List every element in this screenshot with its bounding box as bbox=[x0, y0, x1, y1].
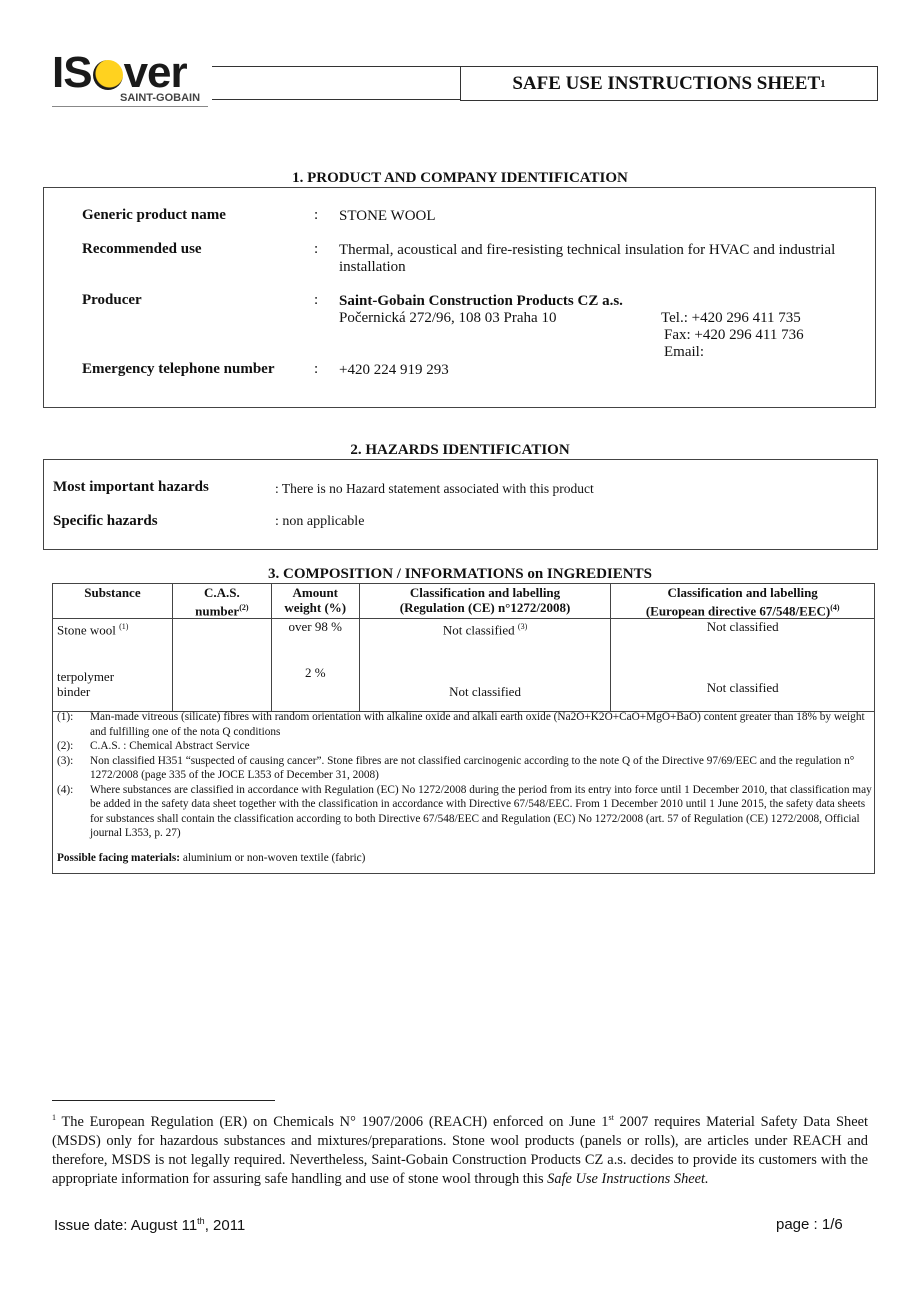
recommended-use-label: Recommended use bbox=[82, 241, 202, 258]
producer-tel: Tel.: +420 296 411 735 bbox=[661, 310, 801, 327]
specific-hazards-label: Specific hazards bbox=[53, 513, 158, 530]
recommended-use-line-1: Thermal, acoustical and fire-resisting t… bbox=[339, 242, 835, 259]
table-header-row: Substance C.A.S.number(2) Amountweight (… bbox=[53, 584, 875, 619]
note-tag: (1): bbox=[57, 710, 73, 725]
col-dsd-line-2: (European directive 67/548/EEC) bbox=[646, 603, 830, 618]
note-text: C.A.S. : Chemical Abstract Service bbox=[90, 740, 250, 752]
issue-date: Issue date: August 11th, 2011 bbox=[54, 1216, 245, 1234]
footnote-text-1: The European Regulation (ER) on Chemical… bbox=[56, 1114, 608, 1130]
specific-hazards-value: : non applicable bbox=[275, 514, 364, 530]
note-4: (4):Where substances are classified in a… bbox=[57, 783, 874, 841]
substance-cell: Stone wool (1) terpolymer binder bbox=[53, 619, 173, 712]
clp-stone-wool: Not classified bbox=[443, 623, 515, 638]
amount-stone-wool: over 98 % bbox=[276, 619, 355, 634]
section-2-title: 2. HAZARDS IDENTIFICATION bbox=[0, 442, 920, 459]
note-tag: (4): bbox=[57, 783, 73, 798]
composition-notes: (1):Man-made vitreous (silicate) fibres … bbox=[52, 708, 875, 874]
col-dsd: Classification and labelling(European di… bbox=[611, 584, 875, 619]
recommended-use-value: Thermal, acoustical and fire-resisting t… bbox=[339, 242, 835, 276]
recommended-use-line-2: installation bbox=[339, 259, 835, 276]
section-1-box: Generic product name : STONE WOOL Recomm… bbox=[43, 187, 876, 408]
logo-text-prefix: IS bbox=[52, 48, 92, 97]
most-important-hazards-value: : There is no Hazard statement associate… bbox=[275, 481, 594, 497]
amount-binder: 2 % bbox=[276, 665, 355, 680]
dsd-cell: Not classified Not classified bbox=[611, 619, 875, 712]
generic-product-name-value: STONE WOOL bbox=[339, 208, 436, 225]
substance-stone-wool: Stone wool bbox=[57, 623, 116, 638]
title-footnote-ref[interactable]: 1 bbox=[820, 78, 826, 90]
col-cas: C.A.S.number(2) bbox=[172, 584, 271, 619]
note-1: (1):Man-made vitreous (silicate) fibres … bbox=[57, 710, 874, 739]
substance-terpolymer: terpolymer bbox=[57, 669, 168, 684]
page-number: page : 1/6 bbox=[776, 1216, 843, 1233]
header-divider-top bbox=[212, 66, 460, 67]
issue-date-prefix: Issue date: August 11 bbox=[54, 1217, 197, 1234]
most-important-hazards-label: Most important hazards bbox=[53, 479, 209, 496]
emergency-phone: +420 224 919 293 bbox=[339, 362, 449, 379]
colon: : bbox=[314, 207, 318, 224]
issue-date-ordinal: th bbox=[197, 1216, 205, 1226]
footnote-italic: Safe Use Instructions Sheet. bbox=[547, 1171, 708, 1187]
footnote-separator bbox=[52, 1100, 275, 1101]
substance-binder: binder bbox=[57, 684, 168, 699]
note-text: Man-made vitreous (silicate) fibres with… bbox=[90, 711, 865, 738]
clp-binder: Not classified bbox=[364, 684, 607, 699]
isover-logo: ISVER SAINT-GOBAIN bbox=[52, 55, 210, 107]
col-substance: Substance bbox=[53, 584, 173, 619]
col-cas-line-1: C.A.S. bbox=[177, 585, 267, 600]
footnote: 1 The European Regulation (ER) on Chemic… bbox=[52, 1108, 868, 1189]
producer-fax: Fax: +420 296 411 736 bbox=[664, 327, 804, 344]
producer-label: Producer bbox=[82, 292, 142, 309]
note-3: (3):Non classified H351 “suspected of ca… bbox=[57, 754, 874, 783]
header-divider-bottom bbox=[212, 99, 460, 100]
col-clp: Classification and labelling(Regulation … bbox=[359, 584, 611, 619]
logo-subtitle: SAINT-GOBAIN bbox=[120, 92, 200, 104]
section-1-title: 1. PRODUCT AND COMPANY IDENTIFICATION bbox=[0, 170, 920, 187]
logo-wordmark: ISVER bbox=[52, 51, 187, 95]
document-title-text: SAFE USE INSTRUCTIONS SHEET bbox=[512, 73, 820, 95]
col-clp-line-1: Classification and labelling bbox=[364, 585, 607, 600]
substance-footnote-ref: (1) bbox=[119, 622, 128, 631]
dsd-footnote-ref: (4) bbox=[830, 603, 839, 612]
facing-materials-label: Possible facing materials: bbox=[57, 852, 180, 864]
document-title: SAFE USE INSTRUCTIONS SHEET1 bbox=[460, 66, 878, 101]
amount-cell: over 98 % 2 % bbox=[271, 619, 359, 712]
note-text: Non classified H351 “suspected of causin… bbox=[90, 755, 854, 782]
producer-company: Saint-Gobain Construction Products CZ a.… bbox=[339, 293, 623, 310]
cas-cell bbox=[172, 619, 271, 712]
clp-cell: Not classified (3) Not classified bbox=[359, 619, 611, 712]
section-2-box: Most important hazards : There is no Haz… bbox=[43, 459, 878, 550]
col-clp-line-2: (Regulation (CE) n°1272/2008) bbox=[364, 600, 607, 615]
logo-text-suffix: VER bbox=[124, 48, 187, 97]
cas-footnote-ref: (2) bbox=[239, 603, 248, 612]
composition-table: Substance C.A.S.number(2) Amountweight (… bbox=[52, 583, 875, 712]
col-amount: Amountweight (%) bbox=[271, 584, 359, 619]
producer-address: Počernická 272/96, 108 03 Praha 10 bbox=[339, 310, 556, 327]
emergency-label: Emergency telephone number bbox=[82, 361, 274, 378]
col-amount-line-2: weight (%) bbox=[276, 600, 355, 615]
col-amount-line-1: Amount bbox=[276, 585, 355, 600]
generic-product-name-label: Generic product name bbox=[82, 207, 226, 224]
colon: : bbox=[314, 292, 318, 309]
note-text: Where substances are classified in accor… bbox=[90, 784, 872, 840]
issue-date-year: , 2011 bbox=[205, 1217, 246, 1234]
logo-rule bbox=[52, 106, 208, 107]
colon: : bbox=[314, 361, 318, 378]
clp-footnote-ref: (3) bbox=[518, 622, 527, 631]
colon: : bbox=[314, 241, 318, 258]
producer-email: Email: bbox=[664, 344, 704, 361]
facing-materials-value: aluminium or non-woven textile (fabric) bbox=[180, 852, 365, 864]
isover-logo-icon bbox=[93, 60, 123, 90]
note-2: (2):C.A.S. : Chemical Abstract Service bbox=[57, 739, 874, 754]
col-cas-line-2: number bbox=[195, 603, 239, 618]
section-3-title: 3. COMPOSITION / INFORMATIONS on INGREDI… bbox=[0, 566, 920, 583]
note-tag: (2): bbox=[57, 739, 73, 754]
col-substance-text: Substance bbox=[84, 585, 140, 600]
dsd-stone-wool: Not classified bbox=[615, 619, 870, 634]
dsd-binder: Not classified bbox=[615, 680, 870, 695]
table-row: Stone wool (1) terpolymer binder over 98… bbox=[53, 619, 875, 712]
facing-materials: Possible facing materials: aluminium or … bbox=[57, 851, 874, 866]
col-dsd-line-1: Classification and labelling bbox=[615, 585, 870, 600]
note-tag: (3): bbox=[57, 754, 73, 769]
